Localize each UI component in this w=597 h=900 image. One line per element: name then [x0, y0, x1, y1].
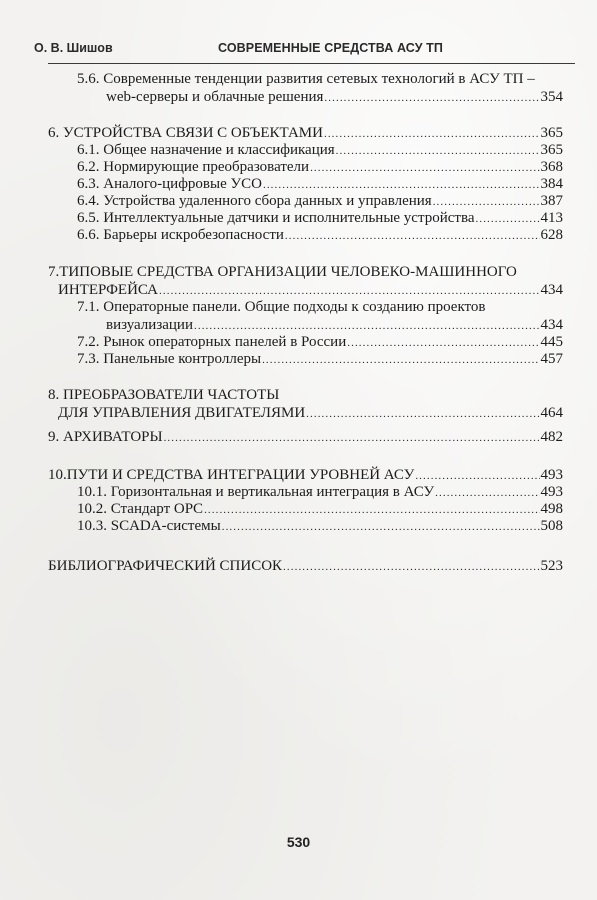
toc-page-number: 413: [541, 209, 564, 227]
toc-page-number: 498: [541, 500, 564, 518]
toc-section: 7.3. Панельные контроллеры457: [77, 350, 563, 368]
toc-section: 10.2. Стандарт OPC498: [77, 500, 563, 518]
dot-leader: [194, 317, 540, 335]
toc-section: 10.3. SCADA-системы508: [77, 517, 563, 535]
toc-page-number: 628: [541, 226, 564, 244]
toc-page-number: 365: [541, 124, 564, 142]
toc-entry-title: 7.2. Рынок операторных панелей в России: [77, 333, 346, 351]
toc-entry-title: 9. АРХИВАТОРЫ: [48, 428, 163, 446]
toc-page-number: 365: [541, 141, 564, 159]
toc-entry-title: 6.1. Общее назначение и классификация: [77, 141, 335, 159]
toc-section: 6.3. Аналого-цифровые УСО384: [77, 175, 563, 193]
running-head-title: СОВРЕМЕННЫЕ СРЕДСТВА АСУ ТП: [218, 41, 443, 55]
header-rule: [48, 63, 575, 64]
toc-chapter: БИБЛИОГРАФИЧЕСКИЙ СПИСОК523: [48, 557, 563, 575]
dot-leader: [222, 518, 540, 536]
dot-leader: [285, 227, 540, 245]
toc-section: 10.1. Горизонтальная и вертикальная инте…: [77, 483, 563, 501]
toc-page-number: 368: [541, 158, 564, 176]
toc-section: 6.1. Общее назначение и классификация365: [77, 141, 563, 159]
toc-entry-title: 7.1. Операторные панели. Общие подходы к…: [77, 299, 485, 315]
toc-page-number: 434: [541, 281, 564, 299]
toc-section: 6.6. Барьеры искробезопасности628: [77, 226, 563, 244]
toc-page-number: 464: [541, 404, 564, 422]
toc-entry-title: 10.ПУТИ И СРЕДСТВА ИНТЕГРАЦИИ УРОВНЕЙ АС…: [48, 466, 414, 484]
dot-leader: [324, 89, 539, 107]
dot-leader: [262, 351, 539, 369]
toc-entry-title: ДЛЯ УПРАВЛЕНИЯ ДВИГАТЕЛЯМИ: [58, 404, 305, 422]
dot-leader: [306, 405, 539, 423]
toc-page-number: 508: [541, 517, 564, 535]
toc-chapter: 8. ПРЕОБРАЗОВАТЕЛИ ЧАСТОТЫ: [48, 386, 563, 404]
toc-entry-title: ИНТЕРФЕЙСА: [58, 281, 158, 299]
toc-page-number: 445: [541, 333, 564, 351]
toc-entry-title: 6. УСТРОЙСТВА СВЯЗИ С ОБЪЕКТАМИ: [48, 124, 323, 142]
toc-entry-title: 6.2. Нормирующие преобразователи: [77, 158, 309, 176]
toc-entry-title: 10.2. Стандарт OPC: [77, 500, 203, 518]
toc-entry-title: 6.5. Интеллектуальные датчики и исполнит…: [77, 209, 475, 227]
toc-entry-title: 7.ТИПОВЫЕ СРЕДСТВА ОРГАНИЗАЦИИ ЧЕЛОВЕКО-…: [48, 264, 517, 280]
toc-page-number: 523: [541, 557, 564, 575]
book-page: О. В. Шишов СОВРЕМЕННЫЕ СРЕДСТВА АСУ ТП …: [0, 0, 597, 900]
dot-leader: [159, 282, 539, 300]
toc-section: 7.2. Рынок операторных панелей в России4…: [77, 333, 563, 351]
toc-entry-title: 5.6. Современные тенденции развития сете…: [77, 71, 535, 87]
toc-section: 5.6. Современные тенденции развития сете…: [77, 70, 563, 88]
toc-entry-title: 10.1. Горизонтальная и вертикальная инте…: [77, 483, 434, 501]
toc-page-number: 493: [541, 483, 564, 501]
toc-section: 7.1. Операторные панели. Общие подходы к…: [77, 298, 563, 316]
toc-page-number: 457: [541, 350, 564, 368]
toc-entry-title: 6.3. Аналого-цифровые УСО: [77, 175, 262, 193]
toc-chapter: 6. УСТРОЙСТВА СВЯЗИ С ОБЪЕКТАМИ365: [48, 124, 563, 142]
toc-page-number: 354: [541, 88, 564, 106]
toc-section: 6.2. Нормирующие преобразователи368: [77, 158, 563, 176]
toc-page-number: 384: [541, 175, 564, 193]
toc-chapter: 10.ПУТИ И СРЕДСТВА ИНТЕГРАЦИИ УРОВНЕЙ АС…: [48, 466, 563, 484]
toc-section: 6.5. Интеллектуальные датчики и исполнит…: [77, 209, 563, 227]
toc-chapter: ДЛЯ УПРАВЛЕНИЯ ДВИГАТЕЛЯМИ464: [58, 404, 563, 422]
toc-chapter: ИНТЕРФЕЙСА434: [58, 281, 563, 299]
toc-chapter: 7.ТИПОВЫЕ СРЕДСТВА ОРГАНИЗАЦИИ ЧЕЛОВЕКО-…: [48, 263, 563, 281]
running-head: О. В. Шишов СОВРЕМЕННЫЕ СРЕДСТВА АСУ ТП: [48, 37, 575, 57]
toc-section: визуализации434: [106, 316, 563, 334]
toc-page-number: 482: [541, 428, 564, 446]
toc-entry-title: 6.4. Устройства удаленного сбора данных …: [77, 192, 432, 210]
running-head-author: О. В. Шишов: [34, 41, 113, 55]
toc-entry-title: визуализации: [106, 316, 193, 334]
toc-entry-title: 10.3. SCADA-системы: [77, 517, 221, 535]
dot-leader: [164, 429, 540, 447]
toc-entry-title: web-серверы и облачные решения: [106, 88, 323, 106]
toc-entry-title: 6.6. Барьеры искробезопасности: [77, 226, 284, 244]
toc-entry-title: 7.3. Панельные контроллеры: [77, 350, 261, 368]
toc-page-number: 493: [541, 466, 564, 484]
page-number: 530: [0, 834, 597, 850]
toc-entry-title: БИБЛИОГРАФИЧЕСКИЙ СПИСОК: [48, 557, 282, 575]
toc-chapter: 9. АРХИВАТОРЫ482: [48, 428, 563, 446]
toc-section: 6.4. Устройства удаленного сбора данных …: [77, 192, 563, 210]
dot-leader: [283, 558, 539, 576]
toc-section: web-серверы и облачные решения354: [106, 88, 563, 106]
toc-entry-title: 8. ПРЕОБРАЗОВАТЕЛИ ЧАСТОТЫ: [48, 387, 279, 403]
toc-page-number: 434: [541, 316, 564, 334]
toc-page-number: 387: [541, 192, 564, 210]
